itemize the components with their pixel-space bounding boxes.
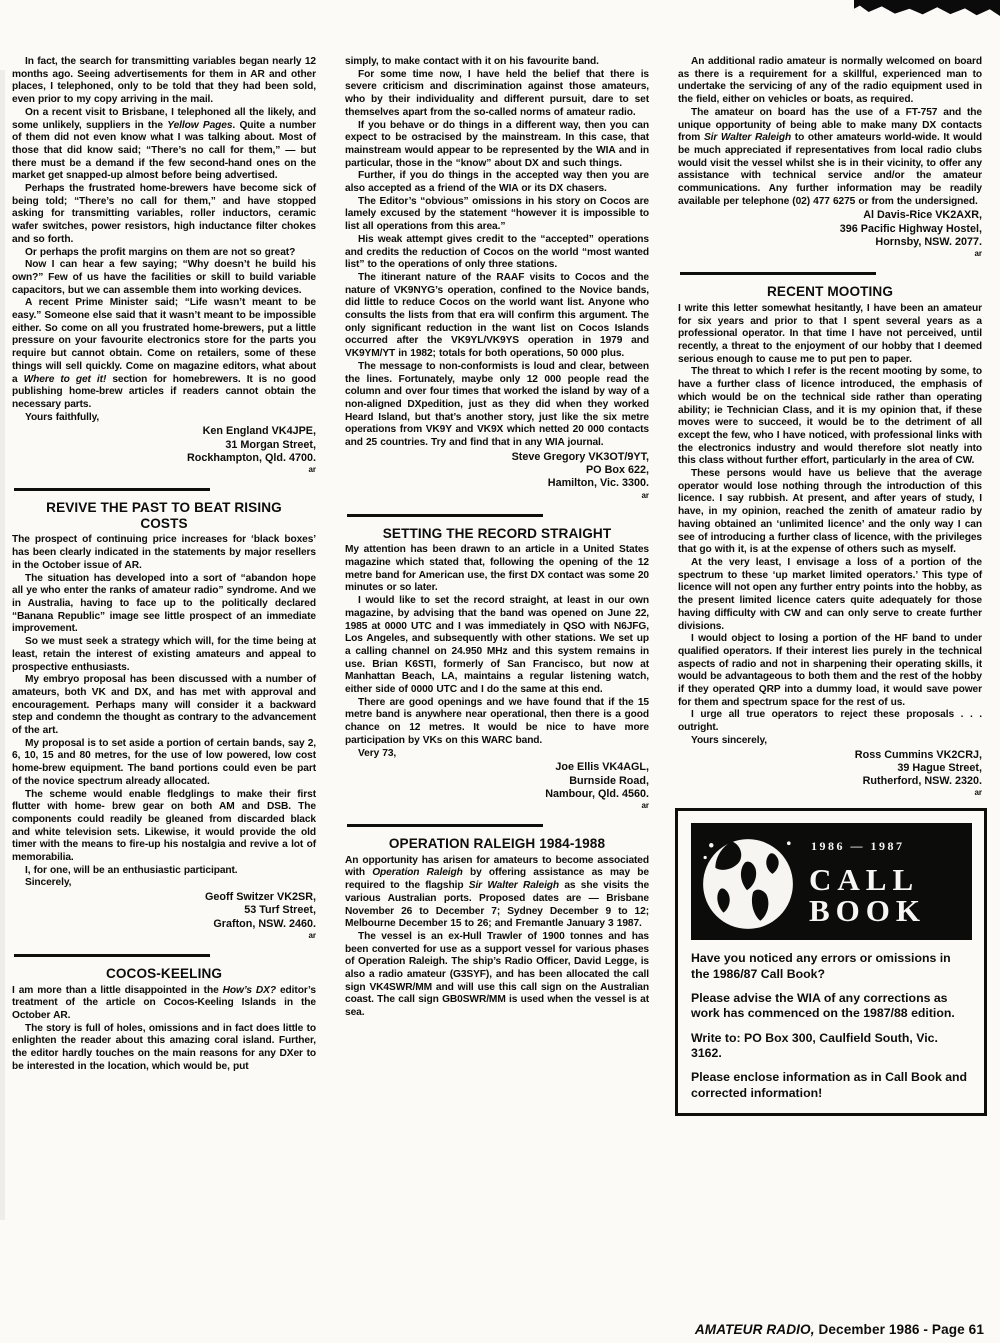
scan-artifact-left [0, 70, 5, 1220]
letters-columns: In fact, the search for transmitting var… [12, 56, 985, 1116]
column-left: In fact, the search for transmitting var… [12, 56, 316, 1116]
letter-paragraph: I write this letter somewhat hesitantly,… [678, 303, 982, 367]
scan-artifact-top [854, 0, 1000, 16]
letter-paragraph: These persons would have us believe that… [678, 468, 982, 557]
letter-paragraph: For some time now, I have held the belie… [345, 69, 649, 120]
signature-line: Burnside Road, [345, 775, 649, 788]
letter-closing: Yours sincerely, [678, 735, 982, 748]
signature-geoff-switzer: Geoff Switzer VK2SR, 53 Turf Street, Gra… [12, 891, 316, 931]
letter-paragraph: His weak attempt gives credit to the “ac… [345, 234, 649, 272]
signature-line: 39 Hague Street, [678, 762, 982, 775]
signature-line: Rockhampton, Qld. 4700. [12, 452, 316, 465]
letter-paragraph: If you behave or do things in a differen… [345, 120, 649, 171]
callbook-paragraph: Write to: PO Box 300, Caulfield South, V… [691, 1031, 972, 1062]
signature-ross-cummins: Ross Cummins VK2CRJ, 39 Hague Street, Ru… [678, 749, 982, 789]
signature-line: 31 Morgan Street, [12, 439, 316, 452]
letter-paragraph: I would object to losing a portion of th… [678, 633, 982, 709]
letter-closing: Very 73, [345, 748, 649, 761]
letter-title-operation-raleigh: OPERATION RALEIGH 1984-1988 [345, 836, 649, 852]
section-divider-rule [347, 514, 543, 517]
signature-ken-england: Ken England VK4JPE, 31 Morgan Street, Ro… [12, 425, 316, 465]
callbook-banner-text: 1986 — 1987 CALL BOOK [809, 837, 926, 926]
letter-paragraph: I would like to set the record straight,… [345, 595, 649, 697]
signature-line: Steve Gregory VK3OT/9YT, [345, 451, 649, 464]
signature-line: Nambour, Qld. 4560. [345, 788, 649, 801]
end-of-letter-marker: ar [678, 249, 982, 259]
letter-paragraph: The message to non-conformists is loud a… [345, 361, 649, 450]
signature-al-davis-rice: Al Davis-Rice VK2AXR, 396 Pacific Highwa… [678, 209, 982, 249]
globe-icon [697, 831, 799, 933]
letter-paragraph: The situation has developed into a sort … [12, 573, 316, 637]
callbook-ad: 1986 — 1987 CALL BOOK Have you noticed a… [675, 808, 987, 1115]
letter-paragraph: A recent Prime Minister said; “Life wasn… [12, 297, 316, 411]
signature-line: Geoff Switzer VK2SR, [12, 891, 316, 904]
letter-paragraph: In fact, the search for transmitting var… [12, 56, 316, 107]
letter-paragraph: The amateur on board has the use of a FT… [678, 107, 982, 209]
signature-line: Hamilton, Vic. 3300. [345, 477, 649, 490]
letter-paragraph: The threat to which I refer is the recen… [678, 366, 982, 468]
signature-line: Joe Ellis VK4AGL, [345, 761, 649, 774]
letter-paragraph: The Editor’s “obvious” omissions in his … [345, 196, 649, 234]
letter-paragraph: At the very least, I envisage a loss of … [678, 557, 982, 633]
letter-paragraph: So we must seek a strategy which will, f… [12, 636, 316, 674]
signature-line: Ross Cummins VK2CRJ, [678, 749, 982, 762]
signature-steve-gregory: Steve Gregory VK3OT/9YT, PO Box 622, Ham… [345, 451, 649, 491]
footer-page-number: Page 61 [932, 1322, 984, 1337]
section-divider-rule [347, 824, 543, 827]
signature-line: 396 Pacific Highway Hostel, [678, 223, 982, 236]
signature-line: 53 Turf Street, [12, 904, 316, 917]
callbook-paragraph: Please enclose information as in Call Bo… [691, 1070, 972, 1101]
signature-line: Hornsby, NSW. 2077. [678, 236, 982, 249]
magazine-page: In fact, the search for transmitting var… [0, 0, 1000, 1343]
letter-paragraph: There are good openings and we have foun… [345, 697, 649, 748]
letter-paragraph: I urge all true operators to reject thes… [678, 709, 982, 734]
letter-paragraph: simply, to make contact with it on his f… [345, 56, 649, 69]
column-middle: simply, to make contact with it on his f… [345, 56, 649, 1116]
letter-paragraph: My proposal is to set aside a portion of… [12, 738, 316, 789]
letter-paragraph: The scheme would enable fledglings to ma… [12, 789, 316, 865]
letter-title-setting-the-record-straight: SETTING THE RECORD STRAIGHT [345, 526, 649, 542]
letter-title-recent-mooting: RECENT MOOTING [678, 284, 982, 300]
letter-paragraph: Perhaps the frustrated home-brewers have… [12, 183, 316, 247]
letter-title-revive-the-past: REVIVE THE PAST TO BEAT RISING COSTS [12, 500, 316, 531]
end-of-letter-marker: ar [678, 788, 982, 798]
signature-line: Grafton, NSW. 2460. [12, 918, 316, 931]
letter-paragraph: The story is full of holes, omissions an… [12, 1023, 316, 1074]
callbook-title-book: BOOK [809, 895, 926, 926]
letter-paragraph: I am more than a little disappointed in … [12, 985, 316, 1023]
letter-paragraph: The prospect of continuing price increas… [12, 534, 316, 572]
letter-closing: Yours faithfully, [12, 412, 316, 425]
section-divider-rule [680, 272, 876, 275]
letter-paragraph: On a recent visit to Brisbane, I telepho… [12, 107, 316, 183]
callbook-title-call: CALL [809, 864, 926, 895]
signature-joe-ellis: Joe Ellis VK4AGL, Burnside Road, Nambour… [345, 761, 649, 801]
letter-paragraph: Or perhaps the profit margins on them ar… [12, 247, 316, 260]
signature-line: Rutherford, NSW. 2320. [678, 775, 982, 788]
end-of-letter-marker: ar [12, 931, 316, 941]
footer-issue-text: December 1986 - [815, 1322, 932, 1337]
callbook-banner: 1986 — 1987 CALL BOOK [691, 823, 972, 940]
callbook-paragraph: Please advise the WIA of any corrections… [691, 991, 972, 1022]
column-right: An additional radio amateur is normally … [678, 56, 982, 1116]
letter-paragraph: The vessel is an ex-Hull Trawler of 1900… [345, 931, 649, 1020]
letter-title-cocos-keeling: COCOS-KEELING [12, 966, 316, 982]
callbook-years: 1986 — 1987 [811, 839, 926, 854]
section-divider-rule [14, 488, 210, 491]
letter-paragraph: An opportunity has arisen for amateurs t… [345, 855, 649, 931]
letter-paragraph: I, for one, will be an enthusiastic part… [12, 865, 316, 878]
signature-line: PO Box 622, [345, 464, 649, 477]
signature-line: Ken England VK4JPE, [12, 425, 316, 438]
letter-paragraph: My embryo proposal has been discussed wi… [12, 674, 316, 738]
letter-paragraph: My attention has been drawn to an articl… [345, 544, 649, 595]
end-of-letter-marker: ar [345, 491, 649, 501]
letter-paragraph: The itinerant nature of the RAAF visits … [345, 272, 649, 361]
section-divider-rule [14, 954, 210, 957]
letter-closing: Sincerely, [12, 877, 316, 890]
letter-paragraph: Further, if you do things in the accepte… [345, 170, 649, 195]
signature-line: Al Davis-Rice VK2AXR, [678, 209, 982, 222]
letter-paragraph: Now I can hear a few saying; “Why doesn’… [12, 259, 316, 297]
end-of-letter-marker: ar [345, 801, 649, 811]
letter-paragraph: An additional radio amateur is normally … [678, 56, 982, 107]
end-of-letter-marker: ar [12, 465, 316, 475]
callbook-paragraph: Have you noticed any errors or omissions… [691, 951, 972, 982]
page-footer: AMATEUR RADIO, December 1986 - Page 61 [695, 1322, 984, 1337]
footer-magazine-title: AMATEUR RADIO, [695, 1322, 815, 1337]
